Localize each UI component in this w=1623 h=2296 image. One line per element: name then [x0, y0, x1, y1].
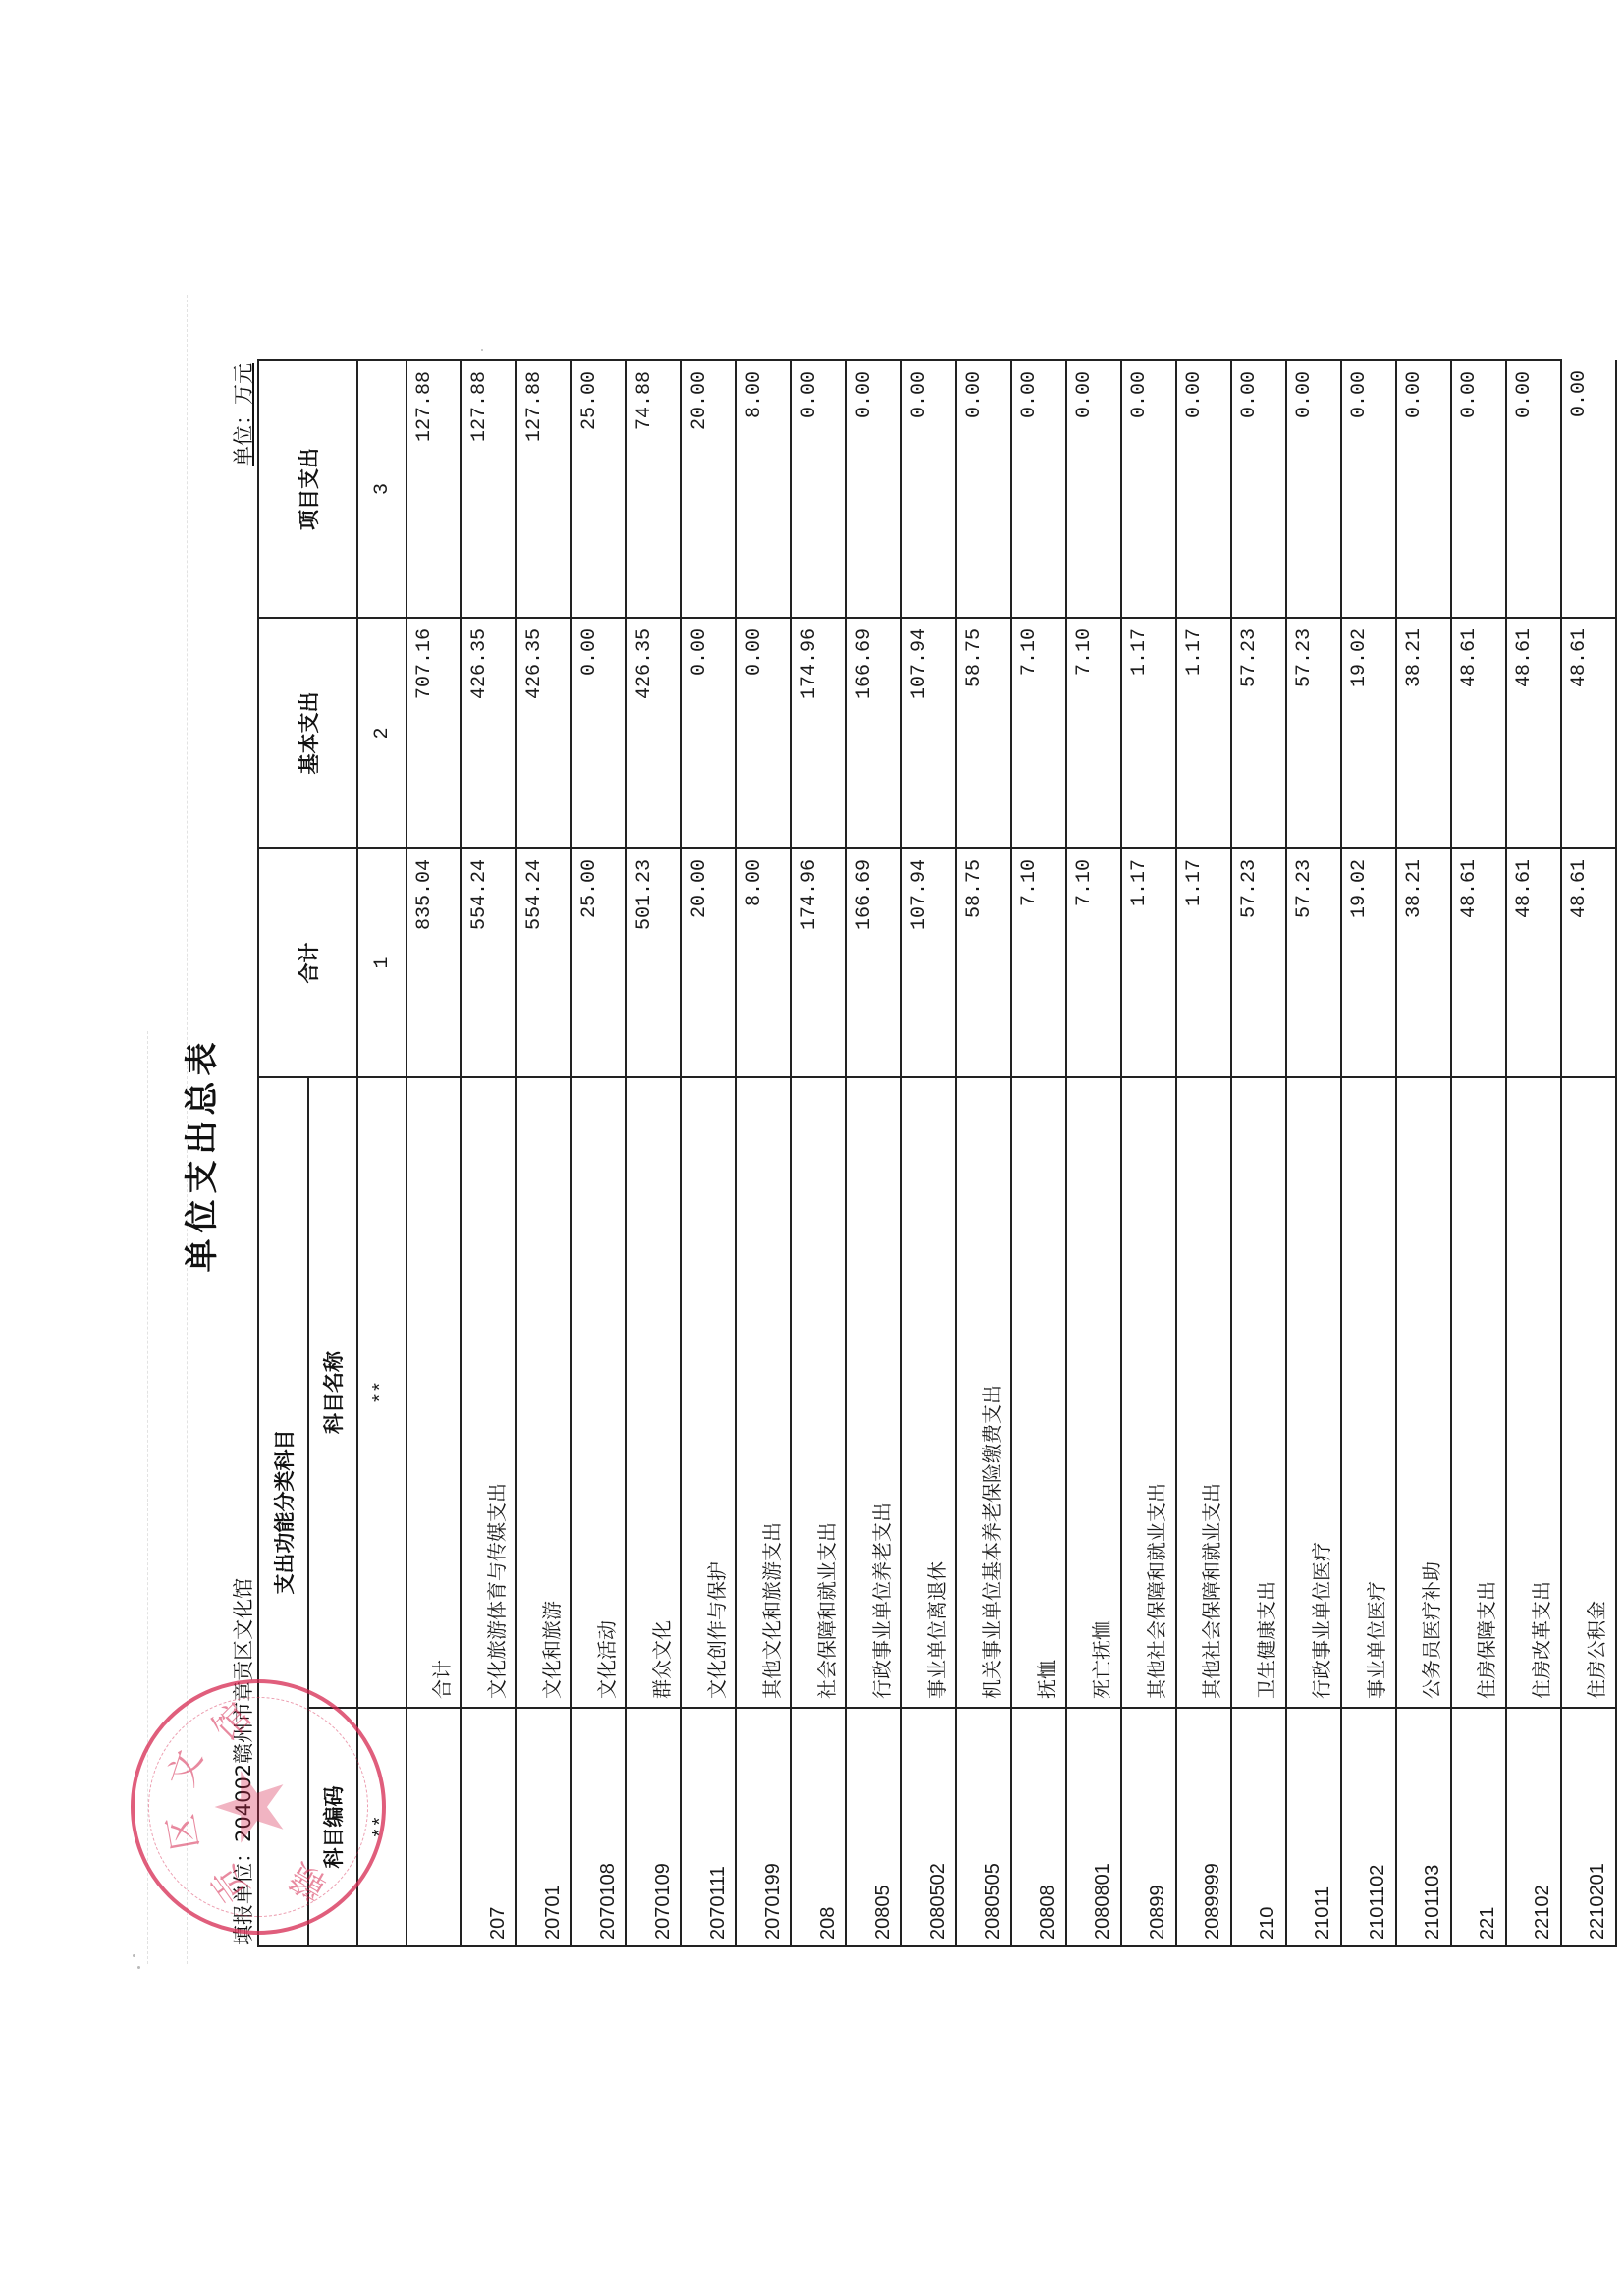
- row-basic: 48.61: [1451, 618, 1506, 848]
- table-row: 2080801死亡抚恤7.107.100.00: [1066, 360, 1121, 1946]
- row-name: 卫生健康支出: [1231, 1077, 1286, 1708]
- row-project: 74.88: [626, 360, 681, 618]
- row-name: 社会保障和就业支出: [791, 1077, 846, 1708]
- row-total: 57.23: [1231, 848, 1286, 1077]
- row-name: 其他文化和旅游支出: [736, 1077, 791, 1708]
- row-basic: 19.02: [1341, 618, 1396, 848]
- row-basic: 7.10: [1066, 618, 1121, 848]
- index-project: 3: [357, 360, 406, 618]
- row-name: 文化和旅游: [516, 1077, 571, 1708]
- table-row: 2070111文化创作与保护20.000.0020.00: [681, 360, 736, 1946]
- row-total: 8.00: [736, 848, 791, 1077]
- row-project: 0.00: [1451, 360, 1506, 618]
- table-row: 20899其他社会保障和就业支出1.171.170.00: [1121, 360, 1176, 1946]
- row-basic: 1.17: [1176, 618, 1231, 848]
- index-total: 1: [357, 848, 406, 1077]
- page-title: 单位支出总表: [175, 361, 223, 1947]
- row-project: 25.00: [571, 360, 626, 618]
- row-project: 0.00: [1506, 360, 1561, 618]
- row-basic: 107.94: [901, 618, 956, 848]
- row-code: 20899: [1121, 1708, 1176, 1946]
- row-project: 127.88: [406, 360, 461, 618]
- row-code: 221: [1451, 1708, 1506, 1946]
- row-name: 合计: [406, 1077, 461, 1708]
- row-total: 48.61: [1561, 848, 1616, 1077]
- row-basic: 426.35: [626, 618, 681, 848]
- row-name: 文化旅游体育与传媒支出: [461, 1077, 516, 1708]
- table-row: 20701文化和旅游554.24426.35127.88: [516, 360, 571, 1946]
- index-code: **: [357, 1708, 406, 1946]
- table-row: 2070109群众文化501.23426.3574.88: [626, 360, 681, 1946]
- row-code: 2070108: [571, 1708, 626, 1946]
- row-total: 107.94: [901, 848, 956, 1077]
- unit-label: 单位：万元: [228, 363, 257, 466]
- row-code: 2070109: [626, 1708, 681, 1946]
- row-total: 20.00: [681, 848, 736, 1077]
- row-basic: 0.00: [571, 618, 626, 848]
- row-code: 2080801: [1066, 1708, 1121, 1946]
- row-basic: 57.23: [1286, 618, 1341, 848]
- row-name: 行政事业单位养老支出: [846, 1077, 901, 1708]
- row-basic: 7.10: [1011, 618, 1066, 848]
- table-row: 20805行政事业单位养老支出166.69166.690.00: [846, 360, 901, 1946]
- row-total: 1.17: [1121, 848, 1176, 1077]
- row-code: 22102: [1506, 1708, 1561, 1946]
- row-basic: 707.16: [406, 618, 461, 848]
- sub-header-code: 科目编码: [308, 1708, 357, 1946]
- row-project: 0.00: [1231, 360, 1286, 618]
- scan-speck: [133, 1954, 135, 1957]
- row-total: 25.00: [571, 848, 626, 1077]
- row-code: 2070111: [681, 1708, 736, 1946]
- row-project: 0.00: [956, 360, 1011, 618]
- row-total: 7.10: [1066, 848, 1121, 1077]
- row-total: 1.17: [1176, 848, 1231, 1077]
- row-total: 174.96: [791, 848, 846, 1077]
- row-name: 事业单位医疗: [1341, 1077, 1396, 1708]
- row-project: 0.00: [1341, 360, 1396, 618]
- filler-unit-line: 填报单位：204002赣州市章贡区文化馆: [228, 1578, 257, 1945]
- table-row: 210卫生健康支出57.2357.230.00: [1231, 360, 1286, 1946]
- row-name: 文化活动: [571, 1077, 626, 1708]
- row-project: 0.00: [791, 360, 846, 618]
- expenditure-summary-table: 支出功能分类科目 合计 基本支出 项目支出 科目编码 科目名称 ** ** 1 …: [257, 359, 1617, 1947]
- row-basic: 174.96: [791, 618, 846, 848]
- row-total: 554.24: [516, 848, 571, 1077]
- rotated-document: 单位支出总表 填报单位：204002赣州市章贡区文化馆 单位：万元 支出功能分类…: [257, 361, 1494, 1947]
- row-project: 8.00: [736, 360, 791, 618]
- sub-header-name: 科目名称: [308, 1077, 357, 1708]
- row-project: 0.00: [1066, 360, 1121, 618]
- row-total: 57.23: [1286, 848, 1341, 1077]
- row-project: 0.00: [1286, 360, 1341, 618]
- group-header: 支出功能分类科目: [258, 1077, 308, 1946]
- row-name: 死亡抚恤: [1066, 1077, 1121, 1708]
- table-row: 2080505机关事业单位基本养老保险缴费支出58.7558.750.00: [956, 360, 1011, 1946]
- table-row: 2070199其他文化和旅游支出8.000.008.00: [736, 360, 791, 1946]
- row-total: 58.75: [956, 848, 1011, 1077]
- row-name: 其他社会保障和就业支出: [1176, 1077, 1231, 1708]
- row-code: 207: [461, 1708, 516, 1946]
- table-row: 2080502事业单位离退休107.94107.940.00: [901, 360, 956, 1946]
- row-basic: 166.69: [846, 618, 901, 848]
- table-body: 合计835.04707.16127.88207文化旅游体育与传媒支出554.24…: [406, 360, 1616, 1946]
- index-name: **: [357, 1077, 406, 1708]
- row-name: 其他社会保障和就业支出: [1121, 1077, 1176, 1708]
- row-code: 21011: [1286, 1708, 1341, 1946]
- row-total: 48.61: [1451, 848, 1506, 1077]
- row-name: 抚恤: [1011, 1077, 1066, 1708]
- row-project: 0.00: [1011, 360, 1066, 618]
- table-row: 208社会保障和就业支出174.96174.960.00: [791, 360, 846, 1946]
- row-basic: 58.75: [956, 618, 1011, 848]
- row-basic: 426.35: [516, 618, 571, 848]
- row-code: 20808: [1011, 1708, 1066, 1946]
- row-project: 0.00: [1396, 360, 1451, 618]
- row-basic: 426.35: [461, 618, 516, 848]
- row-basic: 48.61: [1561, 618, 1616, 848]
- row-code: 210: [1231, 1708, 1286, 1946]
- header-row: 支出功能分类科目 合计 基本支出 项目支出: [258, 360, 308, 1946]
- row-total: 554.24: [461, 848, 516, 1077]
- table-row: 2070108文化活动25.000.0025.00: [571, 360, 626, 1946]
- table-row: 22102住房改革支出48.6148.610.00: [1506, 360, 1561, 1946]
- scan-guide-line: [147, 1031, 148, 1964]
- row-total: 835.04: [406, 848, 461, 1077]
- row-project: 20.00: [681, 360, 736, 618]
- row-total: 19.02: [1341, 848, 1396, 1077]
- row-name: 机关事业单位基本养老保险缴费支出: [956, 1077, 1011, 1708]
- row-name: 行政事业单位医疗: [1286, 1077, 1341, 1708]
- table-row: 207文化旅游体育与传媒支出554.24426.35127.88: [461, 360, 516, 1946]
- row-project: 0.00: [901, 360, 956, 618]
- row-basic: 0.00: [736, 618, 791, 848]
- index-basic: 2: [357, 618, 406, 848]
- row-basic: 57.23: [1231, 618, 1286, 848]
- row-project: 0.00: [846, 360, 901, 618]
- row-basic: 1.17: [1121, 618, 1176, 848]
- table-row: 221住房保障支出48.6148.610.00: [1451, 360, 1506, 1946]
- row-code: 2089999: [1176, 1708, 1231, 1946]
- row-project: 127.88: [461, 360, 516, 618]
- table-row: 合计835.04707.16127.88: [406, 360, 461, 1946]
- row-code: 2101102: [1341, 1708, 1396, 1946]
- row-basic: 48.61: [1506, 618, 1561, 848]
- scan-speck: [481, 349, 483, 351]
- row-project: 0.00: [1176, 360, 1231, 618]
- row-total: 38.21: [1396, 848, 1451, 1077]
- filler-label: 填报单位：20400: [232, 1777, 255, 1945]
- column-header-project: 项目支出: [258, 360, 357, 618]
- table-row: 2089999其他社会保障和就业支出1.171.170.00: [1176, 360, 1231, 1946]
- row-project: 0.00: [1561, 360, 1616, 618]
- row-code: 208: [791, 1708, 846, 1946]
- row-total: 501.23: [626, 848, 681, 1077]
- column-header-total: 合计: [258, 848, 357, 1077]
- row-total: 48.61: [1506, 848, 1561, 1077]
- row-code: 2080502: [901, 1708, 956, 1946]
- row-code: 2070199: [736, 1708, 791, 1946]
- row-name: 群众文化: [626, 1077, 681, 1708]
- scan-speck: [137, 1966, 140, 1969]
- table-row: 2101103公务员医疗补助38.2138.210.00: [1396, 360, 1451, 1946]
- row-name: 公务员医疗补助: [1396, 1077, 1451, 1708]
- row-code: 2080505: [956, 1708, 1011, 1946]
- table-row: 2101102事业单位医疗19.0219.020.00: [1341, 360, 1396, 1946]
- row-basic: 0.00: [681, 618, 736, 848]
- row-project: 127.88: [516, 360, 571, 618]
- row-name: 事业单位离退休: [901, 1077, 956, 1708]
- row-code: 20701: [516, 1708, 571, 1946]
- row-total: 7.10: [1011, 848, 1066, 1077]
- row-basic: 38.21: [1396, 618, 1451, 848]
- row-name: 住房公积金: [1561, 1077, 1616, 1708]
- table-row: 21011行政事业单位医疗57.2357.230.00: [1286, 360, 1341, 1946]
- row-code: [406, 1708, 461, 1946]
- row-code: 2210201: [1561, 1708, 1616, 1946]
- row-code: 20805: [846, 1708, 901, 1946]
- column-header-basic: 基本支出: [258, 618, 357, 848]
- index-row: ** ** 1 2 3: [357, 360, 406, 1946]
- table-row: 2210201住房公积金48.6148.610.00: [1561, 360, 1616, 1946]
- row-total: 166.69: [846, 848, 901, 1077]
- row-name: 文化创作与保护: [681, 1077, 736, 1708]
- row-name: 住房保障支出: [1451, 1077, 1506, 1708]
- row-name: 住房改革支出: [1506, 1077, 1561, 1708]
- row-project: 0.00: [1121, 360, 1176, 618]
- table-row: 20808抚恤7.107.100.00: [1011, 360, 1066, 1946]
- row-code: 2101103: [1396, 1708, 1451, 1946]
- filler-unit-name: 2赣州市章贡区文化馆: [232, 1578, 255, 1777]
